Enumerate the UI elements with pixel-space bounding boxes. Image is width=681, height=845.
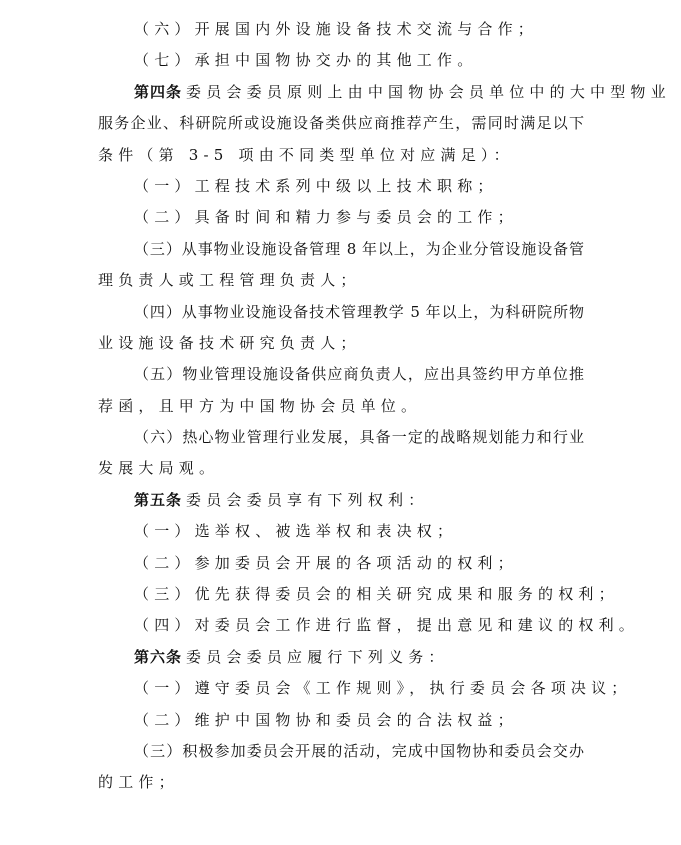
paragraph-line: 服务企业、科研院所或设施设备类供应商推荐产生，需同时满足以下 xyxy=(98,108,584,139)
duty-item: （三）积极参加委员会开展的活动，完成中国物协和委员会交办 xyxy=(98,736,584,767)
rights-item: （二）参加委员会开展的各项活动的权利； xyxy=(98,548,584,579)
condition-item: （三）从事物业设施设备管理 8 年以上，为企业分管设施设备管 xyxy=(98,234,584,265)
paragraph-line: （六）开展国内外设施设备技术交流与合作； xyxy=(98,14,584,45)
paragraph-line: 理负责人或工程管理负责人； xyxy=(98,265,584,296)
article-6-text: 委员会委员应履行下列义务： xyxy=(186,648,449,666)
rights-item: （四）对委员会工作进行监督，提出意见和建议的权利。 xyxy=(98,610,584,641)
duty-item: （二）维护中国物协和委员会的合法权益； xyxy=(98,705,584,736)
condition-item: （二）具备时间和精力参与委员会的工作； xyxy=(98,202,584,233)
duty-item: （一）遵守委员会《工作规则》，执行委员会各项决议； xyxy=(98,673,584,704)
article-5-heading-line: 第五条委员会委员享有下列权利： xyxy=(98,485,584,516)
document-page: （六）开展国内外设施设备技术交流与合作； （七）承担中国物协交办的其他工作。 第… xyxy=(98,14,584,799)
condition-item: （五）物业管理设施设备供应商负责人，应出具签约甲方单位推 xyxy=(98,359,584,390)
condition-item: （一）工程技术系列中级以上技术职称； xyxy=(98,171,584,202)
article-5-text: 委员会委员享有下列权利： xyxy=(186,491,428,509)
article-4-heading-line: 第四条委员会委员原则上由中国物协会员单位中的大中型物业 xyxy=(98,77,584,108)
paragraph-line: 发展大局观。 xyxy=(98,453,584,484)
rights-item: （一）选举权、被选举权和表决权； xyxy=(98,516,584,547)
paragraph-line: 的工作； xyxy=(98,767,584,798)
condition-item: （四）从事物业设施设备技术管理教学 5 年以上，为科研院所物 xyxy=(98,297,584,328)
paragraph-line: 荐函，且甲方为中国物协会员单位。 xyxy=(98,391,584,422)
article-4-label: 第四条 xyxy=(134,83,182,101)
article-4-text: 委员会委员原则上由中国物协会员单位中的大中型物业 xyxy=(186,83,671,101)
condition-item: （六）热心物业管理行业发展，具备一定的战略规划能力和行业 xyxy=(98,422,584,453)
paragraph-line: （七）承担中国物协交办的其他工作。 xyxy=(98,45,584,76)
rights-item: （三）优先获得委员会的相关研究成果和服务的权利； xyxy=(98,579,584,610)
paragraph-line: 业设施设备技术研究负责人； xyxy=(98,328,584,359)
paragraph-line: 条件（第 3-5 项由不同类型单位对应满足）： xyxy=(98,140,584,171)
article-6-label: 第六条 xyxy=(134,648,182,666)
article-6-heading-line: 第六条委员会委员应履行下列义务： xyxy=(98,642,584,673)
article-5-label: 第五条 xyxy=(134,491,182,509)
